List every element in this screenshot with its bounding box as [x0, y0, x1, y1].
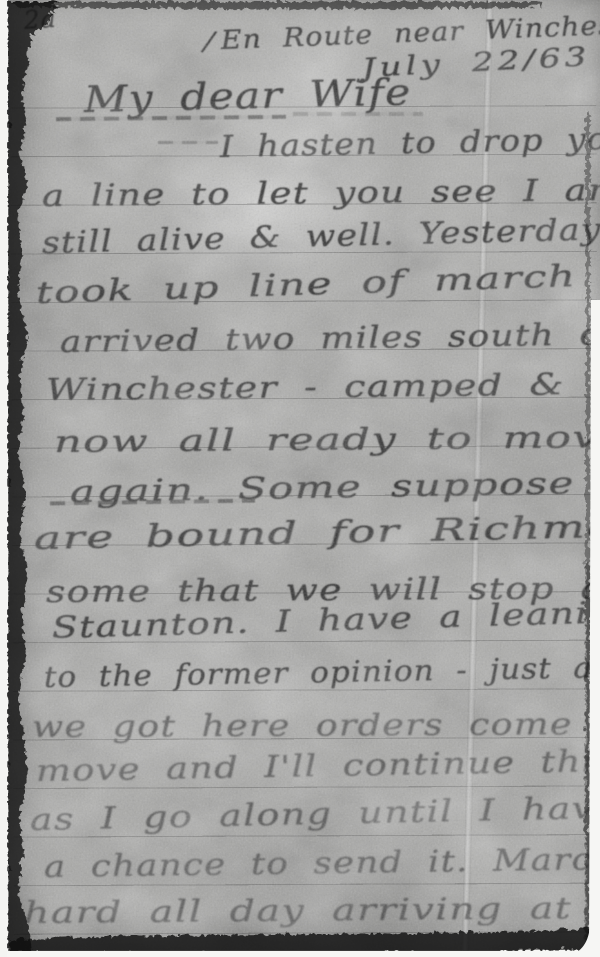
- ink-dots: [158, 141, 218, 144]
- scanned-letter-page: 2a / En Route near Winchester July 22/63…: [0, 0, 600, 957]
- page-number-label: 2a: [23, 4, 58, 35]
- letter-paper: 2a / En Route near Winchester July 22/63…: [8, 0, 600, 950]
- handwritten-line: now all ready to move: [54, 420, 600, 460]
- handwritten-line: hard all day arriving at: [24, 891, 572, 931]
- handwritten-line: Winchester - camped & are: [46, 367, 600, 408]
- handwritten-line: we got here orders come to: [32, 707, 600, 745]
- letter-salutation: My dear Wife: [83, 73, 411, 121]
- handwritten-line: arrived two miles south of: [60, 317, 600, 360]
- handwritten-line: a line to let you see I am: [42, 173, 600, 214]
- heading-pen-tick: /: [202, 26, 216, 58]
